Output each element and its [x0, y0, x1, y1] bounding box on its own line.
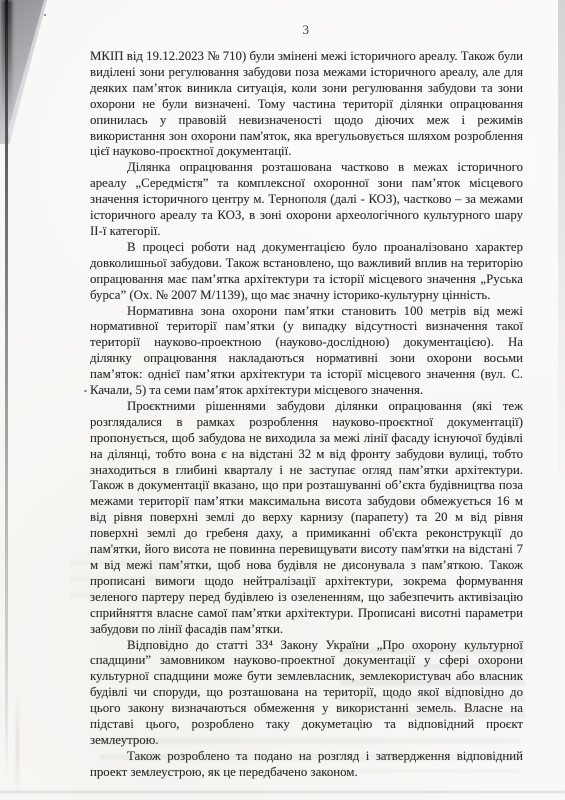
scanned-document-page: 3 МКІП від 19.12.2023 № 710) були змінен…: [0, 0, 565, 800]
scan-edge-right: [558, 0, 565, 520]
page-number: 3: [90, 22, 522, 38]
paper-fold-line: [0, 791, 565, 793]
paragraph-3: В процесі роботи над документацією було …: [90, 240, 523, 304]
document-body-text: МКІП від 19.12.2023 № 710) були змінені …: [90, 49, 523, 781]
paragraph-6: Відповідно до статті 33⁴ Закону України …: [90, 638, 523, 749]
scan-streak: [16, 690, 19, 800]
scan-speck: [84, 390, 87, 392]
scan-speck: [44, 14, 46, 16]
scan-edge-left: [5, 0, 8, 778]
paragraph-1: МКІП від 19.12.2023 № 710) були змінені …: [90, 49, 523, 160]
paragraph-7: Також розроблено та подано на розгляд і …: [90, 749, 523, 781]
paragraph-2: Ділянка опрацювання розташована частково…: [90, 160, 523, 240]
paragraph-5: Проєктними рішеннями забудови ділянки оп…: [90, 399, 523, 638]
paragraph-4: Нормативна зона охорони пам’ятки станови…: [90, 304, 523, 399]
